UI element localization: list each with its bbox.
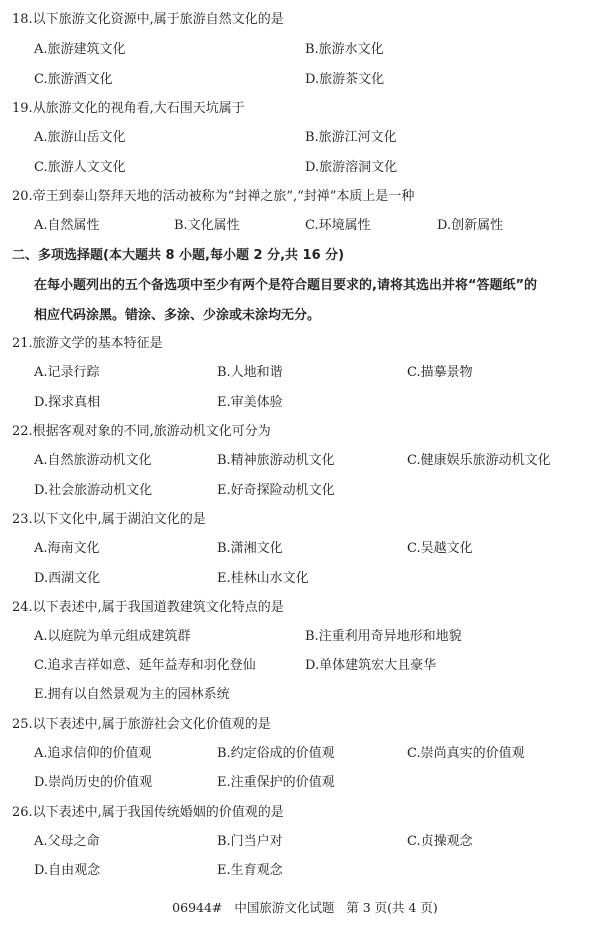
q19-option-b: B.旅游江河文化 [305,130,397,146]
q26-option-e: E.生育观念 [217,863,283,879]
q20-option-d: D.创新属性 [437,218,503,234]
q25-option-d: D.崇尚历史的价值观 [34,775,152,791]
q22-option-e: E.好奇探险动机文化 [217,483,335,499]
section-2-instruction-1: 在每小题列出的五个备选项中至少有两个是符合题目要求的,请将其选出并将“答题纸”的 [34,278,537,294]
question-18-stem: 18.以下旅游文化资源中,属于旅游自然文化的是 [12,12,284,28]
q22-option-b: B.精神旅游动机文化 [217,453,335,469]
q23-option-e: E.桂林山水文化 [217,571,309,587]
q25-option-c: C.崇尚真实的价值观 [407,746,525,762]
q22-option-d: D.社会旅游动机文化 [34,483,152,499]
q20-option-c: C.环境属性 [305,218,371,234]
q21-option-b: B.人地和谐 [217,365,283,381]
q23-option-c: C.吴越文化 [407,541,473,557]
q20-option-a: A.自然属性 [34,218,100,234]
q24-option-b: B.注重利用奇异地形和地貌 [305,629,462,645]
q25-option-b: B.约定俗成的价值观 [217,746,335,762]
q24-option-e: E.拥有以自然景观为主的园林系统 [34,687,230,703]
q23-option-d: D.西湖文化 [34,571,100,587]
question-25-stem: 25.以下表述中,属于旅游社会文化价值观的是 [12,717,271,733]
q20-option-b: B.文化属性 [174,218,240,234]
q25-option-a: A.追求信仰的价值观 [34,746,152,762]
q24-option-d: D.单体建筑宏大且豪华 [305,658,436,674]
q21-option-e: E.审美体验 [217,395,283,411]
question-23-stem: 23.以下文化中,属于湖泊文化的是 [12,512,206,528]
q18-option-c: C.旅游酒文化 [34,72,113,88]
question-24-stem: 24.以下表述中,属于我国道教建筑文化特点的是 [12,600,284,616]
question-20-stem: 20.帝王到泰山祭拜天地的活动被称为“封禅之旅”,“封禅”本质上是一种 [12,189,414,205]
q18-option-b: B.旅游水文化 [305,42,384,58]
q24-option-c: C.追求吉祥如意、延年益寿和羽化登仙 [34,658,256,674]
page-footer: 06944# 中国旅游文化试题 第 3 页(共 4 页) [0,900,610,916]
q23-option-a: A.海南文化 [34,541,100,557]
q21-option-a: A.记录行踪 [34,365,100,381]
section-2-title: 二、多项选择题(本大题共 8 小题,每小题 2 分,共 16 分) [12,248,344,264]
question-26-stem: 26.以下表述中,属于我国传统婚姻的价值观的是 [12,805,284,821]
q26-option-d: D.自由观念 [34,863,100,879]
q26-option-b: B.门当户对 [217,834,283,850]
q22-option-a: A.自然旅游动机文化 [34,453,152,469]
question-19-stem: 19.从旅游文化的视角看,大石围天坑属于 [12,101,245,117]
q25-option-e: E.注重保护的价值观 [217,775,335,791]
q21-option-c: C.描摹景物 [407,365,473,381]
q22-option-c: C.健康娱乐旅游动机文化 [407,453,551,469]
question-21-stem: 21.旅游文学的基本特征是 [12,336,163,352]
q21-option-d: D.探求真相 [34,395,100,411]
q26-option-c: C.贞操观念 [407,834,473,850]
q18-option-a: A.旅游建筑文化 [34,42,126,58]
q19-option-a: A.旅游山岳文化 [34,130,126,146]
q18-option-d: D.旅游茶文化 [305,72,384,88]
q26-option-a: A.父母之命 [34,834,100,850]
question-22-stem: 22.根据客观对象的不同,旅游动机文化可分为 [12,424,271,440]
section-2-instruction-2: 相应代码涂黑。错涂、多涂、少涂或未涂均无分。 [34,308,320,324]
q23-option-b: B.潇湘文化 [217,541,283,557]
q24-option-a: A.以庭院为单元组成建筑群 [34,629,191,645]
q19-option-c: C.旅游人文文化 [34,160,126,176]
q19-option-d: D.旅游溶洞文化 [305,160,397,176]
